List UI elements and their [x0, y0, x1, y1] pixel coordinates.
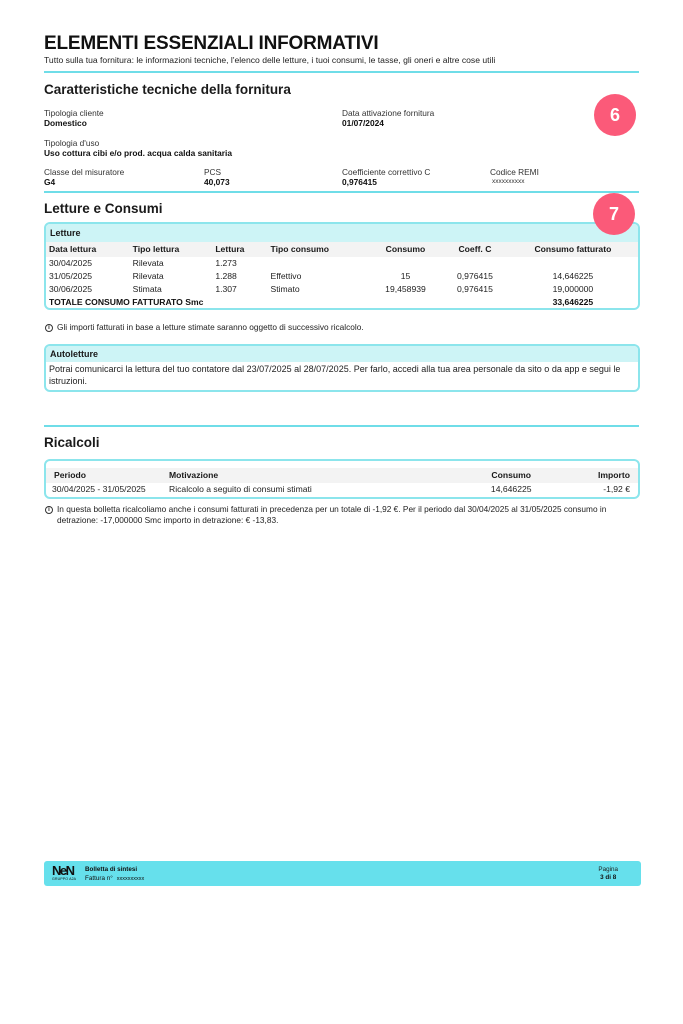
table-cell: 19,458939	[369, 283, 442, 296]
logo-subtext: GRUPPO A2A	[52, 877, 82, 882]
column-header: Lettura	[212, 242, 267, 257]
table-cell: 30/04/2025	[46, 257, 130, 270]
total-value: 33,646225	[508, 296, 638, 309]
client-type-value: Domestico	[44, 118, 104, 128]
table-cell	[369, 257, 442, 270]
recalculations-section: Ricalcoli PeriodoMotivazioneConsumoImpor…	[44, 427, 639, 537]
pcs-value: 40,073	[204, 177, 230, 187]
table-cell: 30/04/2025 - 31/05/2025	[46, 483, 166, 496]
table-cell: 19,000000	[508, 283, 638, 296]
remi-code-value: xxxxxxxxxx	[490, 177, 539, 187]
table-row: 30/06/2025Stimata1.307Stimato19,4589390,…	[46, 283, 638, 296]
client-type-label: Tipologia cliente	[44, 108, 104, 118]
table-cell	[442, 257, 508, 270]
table-cell: Rilevata	[130, 257, 213, 270]
column-header: Data lettura	[46, 242, 130, 257]
column-header: Consumo	[464, 468, 558, 483]
table-header-row: Data letturaTipo letturaLetturaTipo cons…	[46, 242, 638, 257]
table-cell: 0,976415	[442, 270, 508, 283]
table-header-row: PeriodoMotivazioneConsumoImporto	[46, 468, 638, 483]
page-number: 3 di 8	[598, 874, 618, 882]
table-row: 31/05/2025Rilevata1.288Effettivo150,9764…	[46, 270, 638, 283]
usage-type-value: Uso cottura cibi e/o prod. acqua calda s…	[44, 148, 232, 158]
meter-class-value: G4	[44, 177, 124, 187]
total-row: TOTALE CONSUMO FATTURATO Smc33,646225	[46, 296, 638, 309]
client-type-field: Tipologia cliente Domestico	[44, 108, 104, 128]
readings-section-title: Letture e Consumi	[44, 201, 163, 217]
page-subtitle: Tutto sulla tua fornitura: le informazio…	[44, 55, 639, 66]
self-readings-text: Potrai comunicarci la lettura del tuo co…	[46, 362, 638, 389]
technical-section-title: Caratteristiche tecniche della fornitura	[44, 82, 291, 98]
info-icon: i	[45, 324, 53, 332]
table-cell: 31/05/2025	[46, 270, 130, 283]
remi-code-field: Codice REMI xxxxxxxxxx	[490, 167, 539, 187]
readings-note-text: Gli importi fatturati in base a letture …	[57, 322, 364, 333]
table-cell: 1.273	[212, 257, 267, 270]
usage-type-label: Tipologia d'uso	[44, 138, 232, 148]
usage-type-field: Tipologia d'uso Uso cottura cibi e/o pro…	[44, 138, 232, 158]
table-cell: 15	[369, 270, 442, 283]
column-header: Tipo lettura	[130, 242, 213, 257]
column-header: Importo	[558, 468, 638, 483]
recalculations-box: PeriodoMotivazioneConsumoImporto 30/04/2…	[44, 459, 640, 499]
total-label: TOTALE CONSUMO FATTURATO Smc	[46, 296, 508, 309]
correction-coeff-label: Coefficiente correttivo C	[342, 167, 430, 177]
recalculations-table: PeriodoMotivazioneConsumoImporto 30/04/2…	[46, 468, 638, 496]
activation-date-field: Data attivazione fornitura 01/07/2024	[342, 108, 434, 128]
column-header: Consumo fatturato	[508, 242, 638, 257]
activation-date-value: 01/07/2024	[342, 118, 434, 128]
activation-date-label: Data attivazione fornitura	[342, 108, 434, 118]
self-readings-box: Autoletture Potrai comunicarci la lettur…	[44, 344, 640, 392]
table-cell: 1.307	[212, 283, 267, 296]
readings-section: Letture e Consumi Letture Data letturaTi…	[44, 193, 639, 425]
page-label: Pagina	[598, 866, 618, 874]
page-title: ELEMENTI ESSENZIALI INFORMATIVI	[44, 34, 639, 54]
footer-invoice: Fattura n°xxxxxxxxxx	[85, 875, 144, 883]
logo-mark: NeN	[52, 864, 82, 877]
column-header: Coeff. C	[442, 242, 508, 257]
remi-code-label: Codice REMI	[490, 167, 539, 177]
meter-class-label: Classe del misuratore	[44, 167, 124, 177]
readings-box-title: Letture	[46, 224, 638, 242]
pcs-field: PCS 40,073	[204, 167, 230, 187]
table-cell	[508, 257, 638, 270]
info-icon: i	[45, 506, 53, 514]
document-page: ELEMENTI ESSENZIALI INFORMATIVI Tutto su…	[44, 34, 639, 537]
column-header: Periodo	[46, 468, 166, 483]
meter-class-field: Classe del misuratore G4	[44, 167, 124, 187]
recalculations-note-text: In questa bolletta ricalcoliamo anche i …	[57, 504, 640, 526]
readings-note: i Gli importi fatturati in base a lettur…	[45, 322, 640, 333]
table-cell	[267, 257, 368, 270]
table-cell: Stimata	[130, 283, 213, 296]
self-readings-title: Autoletture	[46, 346, 638, 362]
table-cell: Ricalcolo a seguito di consumi stimati	[166, 483, 464, 496]
table-cell: 30/06/2025	[46, 283, 130, 296]
table-cell: 14,646225	[464, 483, 558, 496]
table-cell: -1,92 €	[558, 483, 638, 496]
recalculations-note: i In questa bolletta ricalcoliamo anche …	[45, 504, 640, 526]
table-cell: Effettivo	[267, 270, 368, 283]
brand-logo: NeN GRUPPO A2A	[52, 864, 82, 883]
pcs-label: PCS	[204, 167, 230, 177]
table-cell: Rilevata	[130, 270, 213, 283]
readings-box: Letture Data letturaTipo letturaLetturaT…	[44, 222, 640, 310]
column-header: Consumo	[369, 242, 442, 257]
table-cell: Stimato	[267, 283, 368, 296]
footer-doc-title: Bolletta di sintesi	[85, 866, 137, 874]
step-badge-6: 6	[594, 94, 636, 136]
table-cell: 0,976415	[442, 283, 508, 296]
table-row: 30/04/2025 - 31/05/2025Ricalcolo a segui…	[46, 483, 638, 496]
correction-coeff-value: 0,976415	[342, 177, 430, 187]
table-row: 30/04/2025Rilevata1.273	[46, 257, 638, 270]
readings-table: Data letturaTipo letturaLetturaTipo cons…	[46, 242, 638, 309]
page-footer: NeN GRUPPO A2A Bolletta di sintesi Fattu…	[44, 861, 641, 886]
column-header: Tipo consumo	[267, 242, 368, 257]
invoice-number: xxxxxxxxxx	[117, 876, 145, 882]
table-cell: 14,646225	[508, 270, 638, 283]
page-indicator: Pagina 3 di 8	[598, 866, 618, 881]
column-header: Motivazione	[166, 468, 464, 483]
step-badge-7: 7	[593, 193, 635, 235]
technical-section: Caratteristiche tecniche della fornitura…	[44, 73, 639, 183]
recalculations-section-title: Ricalcoli	[44, 435, 100, 451]
correction-coeff-field: Coefficiente correttivo C 0,976415	[342, 167, 430, 187]
invoice-label: Fattura n°	[85, 875, 113, 882]
table-cell: 1.288	[212, 270, 267, 283]
